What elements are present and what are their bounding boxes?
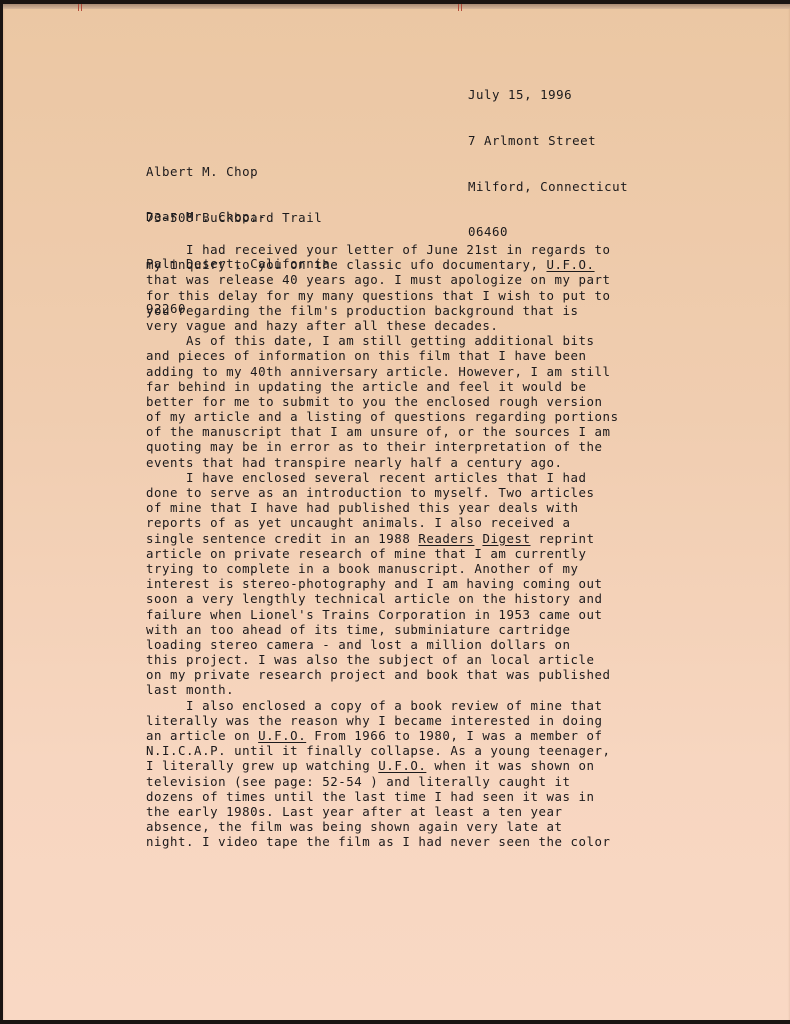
body-text: reprint (531, 531, 595, 546)
body-text: absence, the film was being shown again … (146, 819, 563, 834)
body-text: with an too ahead of its time, subminiat… (146, 622, 571, 637)
recipient-name: Albert M. Chop (146, 164, 330, 179)
body-line: I had received your letter of June 21st … (146, 242, 619, 257)
body-text: my inquiry to you on the classic ufo doc… (146, 257, 547, 272)
staple-mark (78, 4, 82, 11)
body-line: very vague and hazy after all these deca… (146, 318, 619, 333)
body-line: with an too ahead of its time, subminiat… (146, 622, 619, 637)
body-line: article on private research of mine that… (146, 546, 619, 561)
body-text: of mine that I have had published this y… (146, 500, 579, 515)
underlined-title: U.F.O. (258, 728, 306, 743)
body-text: very vague and hazy after all these deca… (146, 318, 498, 333)
body-line: done to serve as an introduction to myse… (146, 485, 619, 500)
body-text: failure when Lionel's Trains Corporation… (146, 607, 603, 622)
sender-address-block: July 15, 1996 7 Arlmont Street Milford, … (468, 57, 628, 270)
body-text: soon a very lengthly technical article o… (146, 591, 603, 606)
sender-zip: 06460 (468, 224, 628, 239)
body-text: when it was shown on (426, 758, 594, 773)
underlined-title: Digest (482, 531, 530, 546)
body-line: I literally grew up watching U.F.O. when… (146, 758, 619, 773)
body-line: that was release 40 years ago. I must ap… (146, 272, 619, 287)
underlined-title: U.F.O. (378, 758, 426, 773)
body-text: the early 1980s. Last year after at leas… (146, 804, 563, 819)
body-line: and pieces of information on this film t… (146, 348, 619, 363)
body-text: far behind in updating the article and f… (146, 379, 587, 394)
body-line: soon a very lengthly technical article o… (146, 591, 619, 606)
body-line: far behind in updating the article and f… (146, 379, 619, 394)
body-line: loading stereo camera - and lost a milli… (146, 637, 619, 652)
body-text: trying to complete in a book manuscript.… (146, 561, 579, 576)
body-text: As of this date, I am still getting addi… (146, 333, 595, 348)
body-text: night. I video tape the film as I had ne… (146, 834, 611, 849)
sender-city-state: Milford, Connecticut (468, 179, 628, 194)
body-text: interest is stereo-photography and I am … (146, 576, 603, 591)
body-line: you regarding the film's production back… (146, 303, 619, 318)
body-line: interest is stereo-photography and I am … (146, 576, 619, 591)
body-line: of my article and a listing of questions… (146, 409, 619, 424)
body-line: failure when Lionel's Trains Corporation… (146, 607, 619, 622)
body-text: I also enclosed a copy of a book review … (146, 698, 603, 713)
body-text: reports of as yet uncaught animals. I al… (146, 515, 571, 530)
body-line: adding to my 40th anniversary article. H… (146, 364, 619, 379)
body-line: literally was the reason why I became in… (146, 713, 619, 728)
underlined-title: Readers (418, 531, 474, 546)
body-text: From 1966 to 1980, I was a member of (306, 728, 602, 743)
body-line: single sentence credit in an 1988 Reader… (146, 531, 619, 546)
body-line: of mine that I have had published this y… (146, 500, 619, 515)
body-text: loading stereo camera - and lost a milli… (146, 637, 571, 652)
body-text: that was release 40 years ago. I must ap… (146, 272, 611, 287)
body-line: I also enclosed a copy of a book review … (146, 698, 619, 713)
body-text: N.I.C.A.P. until it finally collapse. As… (146, 743, 611, 758)
body-line: on my private research project and book … (146, 667, 619, 682)
body-text: last month. (146, 682, 234, 697)
body-text: on my private research project and book … (146, 667, 611, 682)
letter-page: July 15, 1996 7 Arlmont Street Milford, … (3, 4, 790, 1020)
body-line: this project. I was also the subject of … (146, 652, 619, 667)
body-line: quoting may be in error as to their inte… (146, 439, 619, 454)
body-text: this project. I was also the subject of … (146, 652, 595, 667)
body-text: I have enclosed several recent articles … (146, 470, 587, 485)
body-line: absence, the film was being shown again … (146, 819, 619, 834)
body-line: events that had transpire nearly half a … (146, 455, 619, 470)
body-line: an article on U.F.O. From 1966 to 1980, … (146, 728, 619, 743)
body-line: last month. (146, 682, 619, 697)
body-line: I have enclosed several recent articles … (146, 470, 619, 485)
letter-date: July 15, 1996 (468, 87, 628, 102)
body-line: my inquiry to you on the classic ufo doc… (146, 257, 619, 272)
body-text: television (see page: 52-54 ) and litera… (146, 774, 571, 789)
body-text: single sentence credit in an 1988 (146, 531, 418, 546)
body-text: dozens of times until the last time I ha… (146, 789, 595, 804)
underlined-title: U.F.O. (547, 257, 595, 272)
body-text: adding to my 40th anniversary article. H… (146, 364, 611, 379)
body-text: article on private research of mine that… (146, 546, 587, 561)
body-line: N.I.C.A.P. until it finally collapse. As… (146, 743, 619, 758)
body-line: of the manuscript that I am unsure of, o… (146, 424, 619, 439)
body-text: for this delay for my many questions tha… (146, 288, 611, 303)
body-text: I literally grew up watching (146, 758, 378, 773)
body-line: the early 1980s. Last year after at leas… (146, 804, 619, 819)
staple-mark (458, 4, 462, 11)
body-text: you regarding the film's production back… (146, 303, 579, 318)
body-text: better for me to submit to you the enclo… (146, 394, 603, 409)
body-line: night. I video tape the film as I had ne… (146, 834, 619, 849)
body-line: dozens of times until the last time I ha… (146, 789, 619, 804)
body-line: better for me to submit to you the enclo… (146, 394, 619, 409)
body-text: done to serve as an introduction to myse… (146, 485, 595, 500)
body-text: literally was the reason why I became in… (146, 713, 603, 728)
body-text: quoting may be in error as to their inte… (146, 439, 603, 454)
salutation: Dear Mr. Chop:- (146, 209, 266, 224)
sender-street: 7 Arlmont Street (468, 133, 628, 148)
body-line: for this delay for my many questions tha… (146, 288, 619, 303)
body-text: of my article and a listing of questions… (146, 409, 619, 424)
body-text: and pieces of information on this film t… (146, 348, 587, 363)
body-text: of the manuscript that I am unsure of, o… (146, 424, 611, 439)
body-text: an article on (146, 728, 258, 743)
body-line: As of this date, I am still getting addi… (146, 333, 619, 348)
body-line: television (see page: 52-54 ) and litera… (146, 774, 619, 789)
body-line: reports of as yet uncaught animals. I al… (146, 515, 619, 530)
body-line: trying to complete in a book manuscript.… (146, 561, 619, 576)
letter-body: I had received your letter of June 21st … (146, 242, 619, 850)
body-text: I had received your letter of June 21st … (146, 242, 611, 257)
page-top-edge (3, 4, 790, 9)
body-text: events that had transpire nearly half a … (146, 455, 563, 470)
